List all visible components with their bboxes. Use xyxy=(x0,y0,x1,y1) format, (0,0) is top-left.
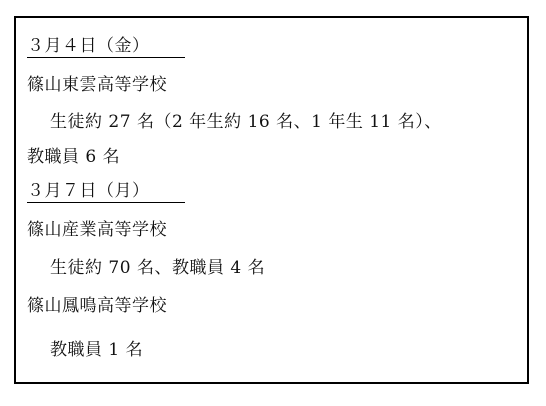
date-heading-mar7: ３月７日（月） xyxy=(27,181,185,203)
attendees-sangyo: 生徒約 70 名、教職員 4 名 xyxy=(50,258,265,278)
date-heading-mar4: ３月４日（金） xyxy=(27,36,185,58)
school-name-shinonome: 篠山東雲高等学校 xyxy=(27,75,167,95)
attendees-shinonome-line2: 教職員 6 名 xyxy=(27,147,120,167)
school-name-homei: 篠山鳳鳴高等学校 xyxy=(27,296,167,316)
attendees-shinonome-line1: 生徒約 27 名（2 年生約 16 名、1 年生 11 名）、 xyxy=(50,112,442,132)
school-name-sangyo: 篠山産業高等学校 xyxy=(27,220,167,240)
attendees-homei: 教職員 1 名 xyxy=(50,340,143,360)
